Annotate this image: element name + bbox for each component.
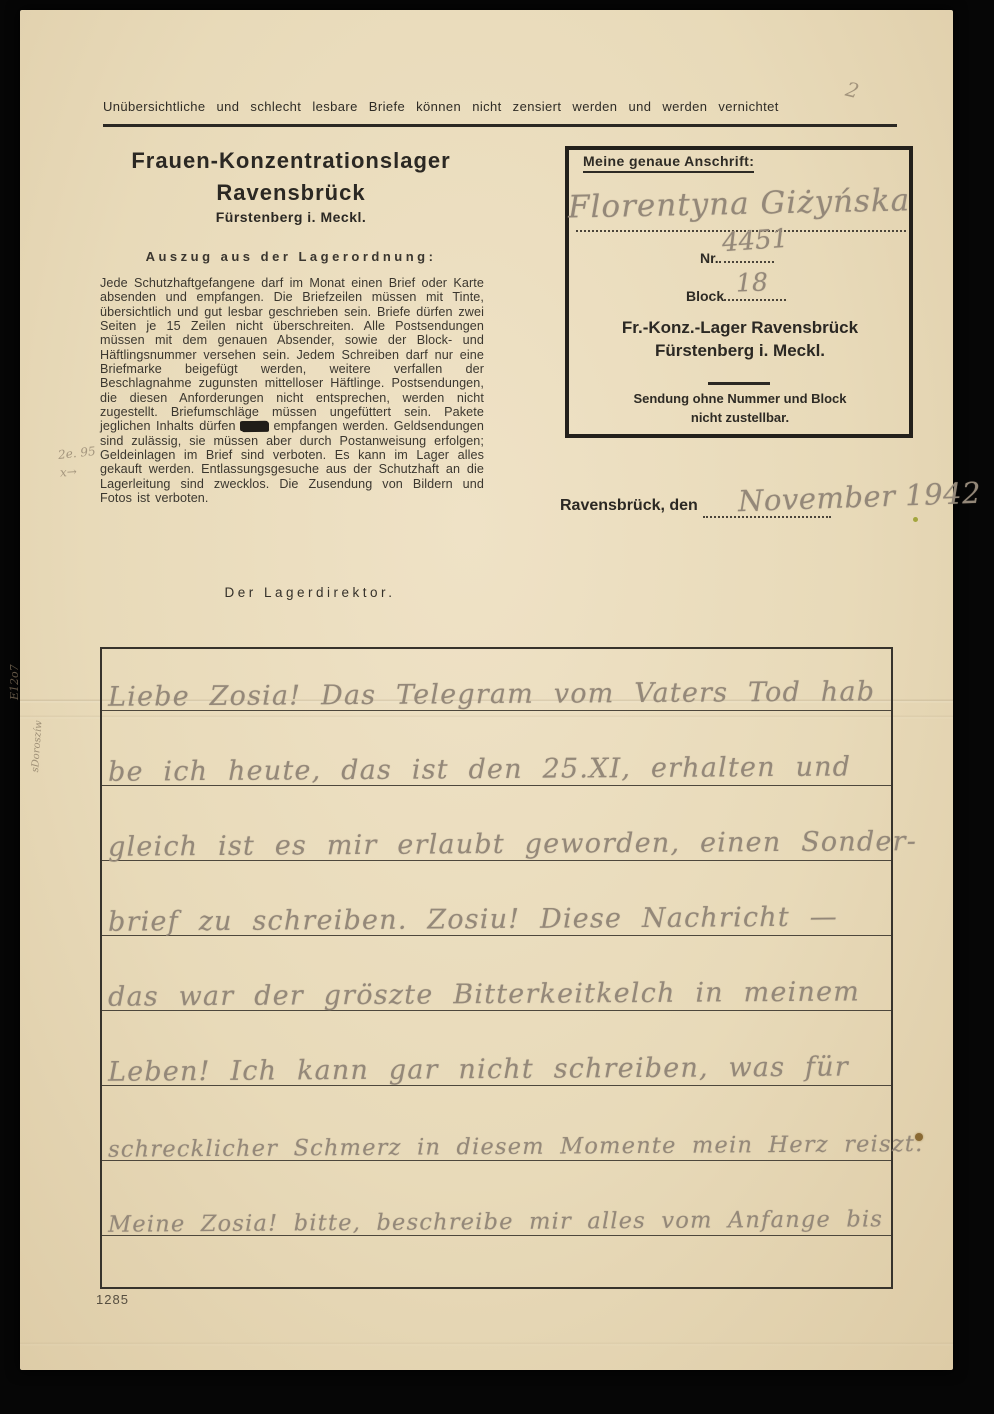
regulations-text-before: Jede Schutzhaftgefangene darf im Monat e… bbox=[100, 276, 484, 433]
date-line-printed: Ravensbrück, den bbox=[560, 497, 698, 515]
handwritten-letter-line: Leben! Ich kann gar nicht schreiben, was… bbox=[108, 1036, 886, 1088]
handwritten-letter-line: Meine Zosia! bitte, beschreibe mir alles… bbox=[108, 1186, 886, 1238]
camp-name-line1: Frauen-Konzentrationslager bbox=[100, 148, 482, 174]
handwritten-letter-line: schrecklicher Schmerz in diesem Momente … bbox=[108, 1111, 886, 1163]
block-number-handwritten: 18 bbox=[736, 267, 769, 297]
camp-name-line2: Ravensbrück bbox=[100, 180, 482, 206]
form-number: 1285 bbox=[96, 1292, 129, 1307]
address-box-divider bbox=[708, 382, 770, 385]
handwritten-letter-line: brief zu schreiben. Zosiu! Diese Nachric… bbox=[108, 886, 886, 938]
warning-underline bbox=[103, 124, 897, 127]
pencil-note-left-margin: x→ bbox=[60, 464, 78, 479]
delivery-note-line2: nicht zustellbar. bbox=[575, 410, 905, 425]
block-label: Block bbox=[686, 288, 724, 304]
prisoner-name-handwritten: Florentyna Giżyńska bbox=[568, 182, 909, 225]
nr-label: Nr. bbox=[700, 250, 719, 266]
paper-speck-brown bbox=[915, 1133, 923, 1141]
address-box-title: Meine genaue Anschrift: bbox=[583, 153, 754, 173]
camp-regulations-paragraph: Jede Schutzhaftgefangene darf im Monat e… bbox=[100, 276, 484, 506]
camp-director-signature: Der Lagerdirektor. bbox=[160, 585, 460, 600]
paper-speck-green bbox=[913, 517, 918, 522]
scanned-letter-page: Unübersichtliche und schlecht lesbare Br… bbox=[0, 0, 994, 1414]
delivery-note-line1: Sendung ohne Nummer und Block bbox=[575, 391, 905, 406]
censorship-warning-text: Unübersichtliche und schlecht lesbare Br… bbox=[103, 99, 897, 114]
rotated-pencil-note: E12o7 bbox=[8, 664, 21, 700]
handwritten-letter-line: Liebe Zosia! Das Telegram vom Vaters Tod… bbox=[108, 661, 886, 713]
camp-address-line2: Fürstenberg i. Meckl. bbox=[575, 341, 905, 361]
handwritten-letter-line: gleich ist es mir erlaubt geworden, eine… bbox=[108, 811, 886, 863]
prisoner-number-handwritten: 4451 bbox=[721, 224, 789, 259]
regulations-title: Auszug aus der Lagerordnung: bbox=[100, 249, 482, 264]
handwritten-letter-line: be ich heute, das ist den 25.XI, erhalte… bbox=[108, 736, 886, 788]
redacted-word: nicht bbox=[241, 421, 268, 431]
camp-address-line1: Fr.-Konz.-Lager Ravensbrück bbox=[575, 318, 905, 338]
camp-location: Fürstenberg i. Meckl. bbox=[100, 209, 482, 225]
handwritten-letter-line: das war der gröszte Bitterkeitkelch in m… bbox=[108, 961, 886, 1013]
